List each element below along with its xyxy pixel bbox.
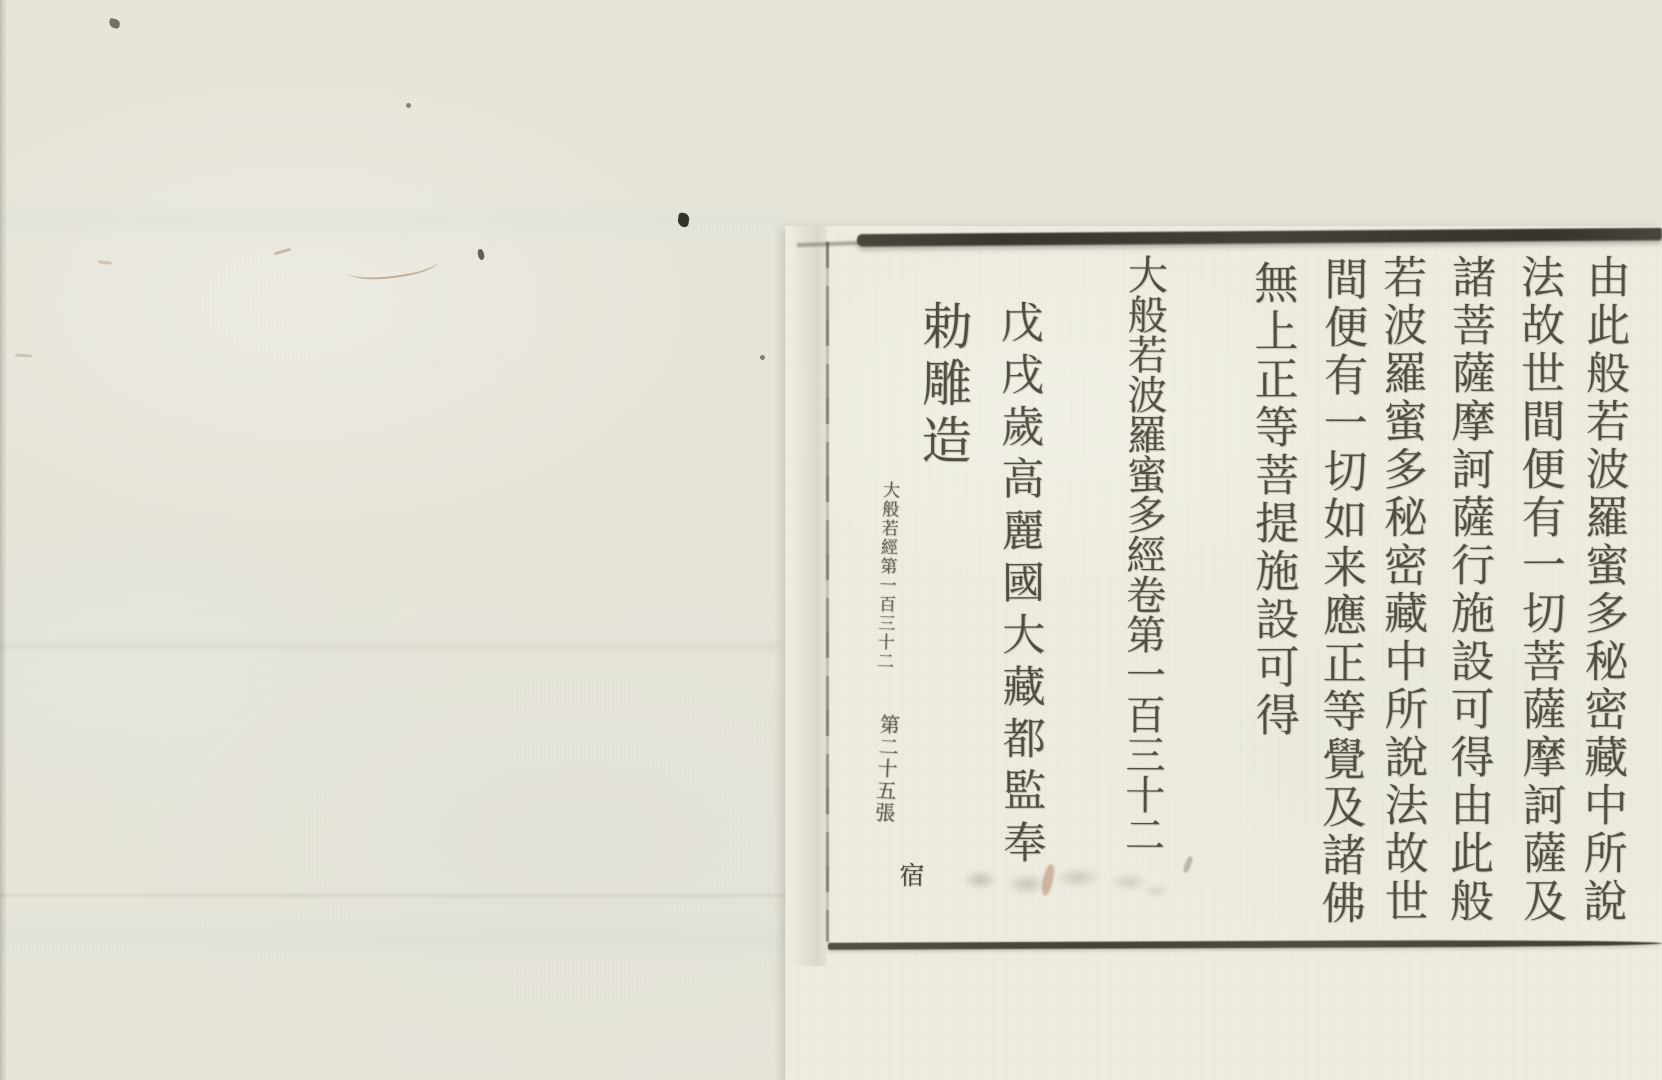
paper-speck [477, 248, 485, 260]
margin-sutra-ref: 大般若經第一百三十二 [874, 481, 898, 671]
frame-left-border [826, 242, 829, 942]
paper-fiber [274, 248, 291, 256]
ink-smudge [1182, 855, 1194, 873]
text-column-3: 諸菩薩摩訶薩行施設可得由此般 [1445, 254, 1491, 926]
frame-top-border-faint [797, 241, 863, 247]
paper-fiber [15, 353, 32, 357]
paper-crease-band [0, 638, 780, 654]
paper-speck [406, 103, 411, 108]
paper-crease-line [0, 894, 788, 897]
paper-speck [760, 355, 765, 360]
frame-top-border [857, 228, 1662, 246]
ink-smudge [955, 860, 1167, 904]
image-left-edge-shadow [0, 0, 7, 1080]
paper-speck [677, 212, 690, 227]
scanned-sutra-page: 由此般若波羅蜜多秘密藏中所說 法故世間便有一切菩薩摩訶薩及 諸菩薩摩訶薩行施設可… [0, 0, 1662, 1080]
paper-crease-band [0, 912, 790, 964]
sheet-left-edge-shadow [791, 226, 827, 966]
text-column-6: 無上正等菩提施設可得 [1249, 260, 1295, 740]
text-column-1: 由此般若波羅蜜多秘密藏中所說 [1578, 254, 1626, 926]
colophon-decree-column: 勅雕造 [917, 300, 968, 471]
case-mark: 宿 [898, 862, 923, 887]
paper-crease-band [0, 198, 782, 242]
text-column-5: 間便有一切如来應正等覺及諸佛 [1317, 256, 1364, 928]
printed-sheet: 由此般若波羅蜜多秘密藏中所說 法故世間便有一切菩薩摩訶薩及 諸菩薩摩訶薩行施設可… [785, 226, 1662, 1080]
text-column-4: 若波羅蜜多秘密藏中所說法故世 [1378, 254, 1424, 926]
paper-fiber [98, 260, 112, 264]
text-column-2: 法故世間便有一切菩薩摩訶薩及 [1516, 254, 1562, 926]
paper-fiber [347, 251, 439, 284]
paper-speck [108, 18, 121, 29]
margin-sheet-ref: 第二十五張 [873, 714, 899, 825]
sutra-title-column: 大般若波羅蜜多經卷第一百三十二 [1121, 254, 1164, 854]
frame-bottom-border [828, 939, 1662, 950]
colophon-date-column: 戊戌歲高麗國大藏都監奉 [997, 300, 1043, 872]
